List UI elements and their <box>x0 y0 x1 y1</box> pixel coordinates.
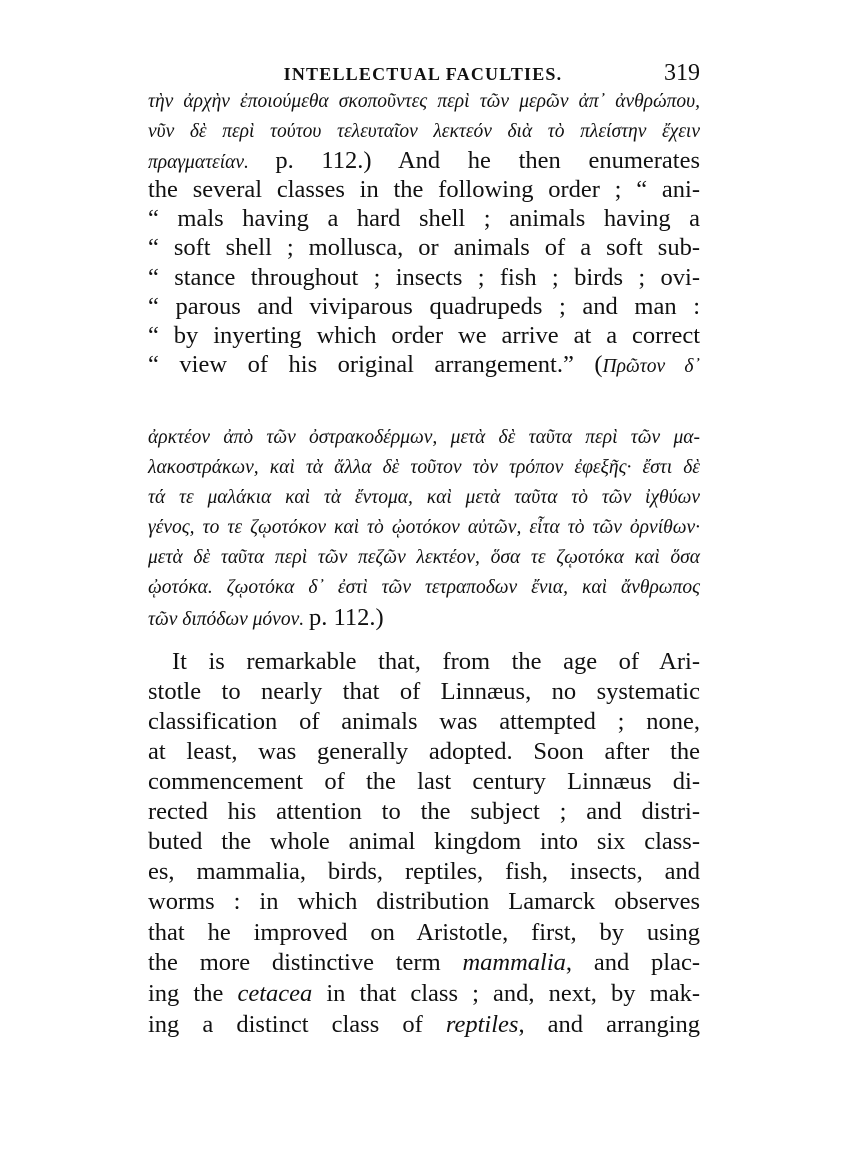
text-line: rected his attention to the subject ; an… <box>148 797 700 827</box>
greek-text: τῶν διπόδων μόνον. <box>148 609 304 630</box>
greek-line: ᾠοτόκα. ζῳοτόκα δ᾽ ἐστὶ τῶν τετραποδων ἔ… <box>148 573 700 603</box>
greek-line: μετὰ δὲ ταῦτα περὶ τῶν πεζῶν λεκτέον, ὅσ… <box>148 543 700 573</box>
text-span: ing a distinct class of <box>148 1011 446 1038</box>
text-span: , and plac- <box>566 949 700 976</box>
text-line: classification of animals was attempted … <box>148 707 700 737</box>
text-line: es, mammalia, birds, reptiles, fish, ins… <box>148 857 700 887</box>
text-line: “ soft shell ; mollusca, or animals of a… <box>148 233 700 263</box>
greek-line: τὴν ἀρχὴν ἐποιούμεθα σκοποῦντες περὶ τῶν… <box>148 87 700 117</box>
mixed-line: τῶν διπόδων μόνον. p. 112.) <box>148 603 700 633</box>
book-page: INTELLECTUAL FACULTIES. 319 τὴν ἀρχὴν ἐπ… <box>0 0 850 1150</box>
greek-line: γένος, το τε ζῳοτόκον καὶ τὸ ᾠοτόκον αὐτ… <box>148 513 700 543</box>
text-span: in that class ; and, next, by mak- <box>312 980 700 1007</box>
page-number: 319 <box>664 60 700 87</box>
text-span: the more distinctive term <box>148 949 462 976</box>
page-reference: p. 112.) <box>309 604 384 631</box>
text-line: “ parous and viviparous quadrupeds ; and… <box>148 292 700 322</box>
text-line: at least, was generally adopted. Soon af… <box>148 737 700 767</box>
running-title: INTELLECTUAL FACULTIES. <box>248 64 598 85</box>
greek-line: τά τε μαλάκια καὶ τὰ ἔντομα, καὶ μετὰ τα… <box>148 483 700 513</box>
italic-term: cetacea <box>237 980 312 1007</box>
english-text: “ view of his original arrangement.” ( <box>148 351 603 378</box>
mixed-line: πραγματείαν. p. 112.) And he then enumer… <box>148 146 700 176</box>
text-line: the more distinctive term mammalia, and … <box>148 948 700 978</box>
text-line: stotle to nearly that of Linnæus, no sys… <box>148 677 700 707</box>
page-reference: p. 112.) <box>275 147 371 174</box>
text-line: that he improved on Aristotle, first, by… <box>148 918 700 948</box>
greek-line: λακοστράκων, καὶ τὰ ἄλλα δὲ τοῦτον τὸν τ… <box>148 453 700 483</box>
text-span: , and arranging <box>518 1011 700 1038</box>
text-line: “ mals having a hard shell ; animals hav… <box>148 204 700 234</box>
english-text: And he then enumerates <box>398 147 700 174</box>
greek-line: νῦν δὲ περὶ τούτου τελευταῖον λεκτεόν δι… <box>148 117 700 147</box>
text-line: the several classes in the following ord… <box>148 175 700 205</box>
greek-text: πραγματείαν. <box>148 152 249 173</box>
text-line: buted the whole animal kingdom into six … <box>148 827 700 857</box>
italic-term: mammalia <box>462 949 565 976</box>
text-line: ing the cetacea in that class ; and, nex… <box>148 979 700 1009</box>
text-line: It is remarkable that, from the age of A… <box>172 647 700 677</box>
mixed-line: “ view of his original arrangement.” (Πρ… <box>148 350 700 380</box>
text-line: ing a distinct class of reptiles, and ar… <box>148 1010 700 1040</box>
text-line: “ stance throughout ; insects ; fish ; b… <box>148 263 700 293</box>
text-line: worms : in which distribution Lamarck ob… <box>148 887 700 917</box>
text-line: “ by inyerting which order we arrive at … <box>148 321 700 351</box>
greek-text: Πρῶτον δ᾽ <box>603 356 700 377</box>
text-line: commencement of the last century Linnæus… <box>148 767 700 797</box>
italic-term: reptiles <box>446 1011 519 1038</box>
greek-line: ἀρκτέον ἀπὸ τῶν ὀστρακοδέρμων, μετὰ δὲ τ… <box>148 423 700 453</box>
text-span: ing the <box>148 980 237 1007</box>
